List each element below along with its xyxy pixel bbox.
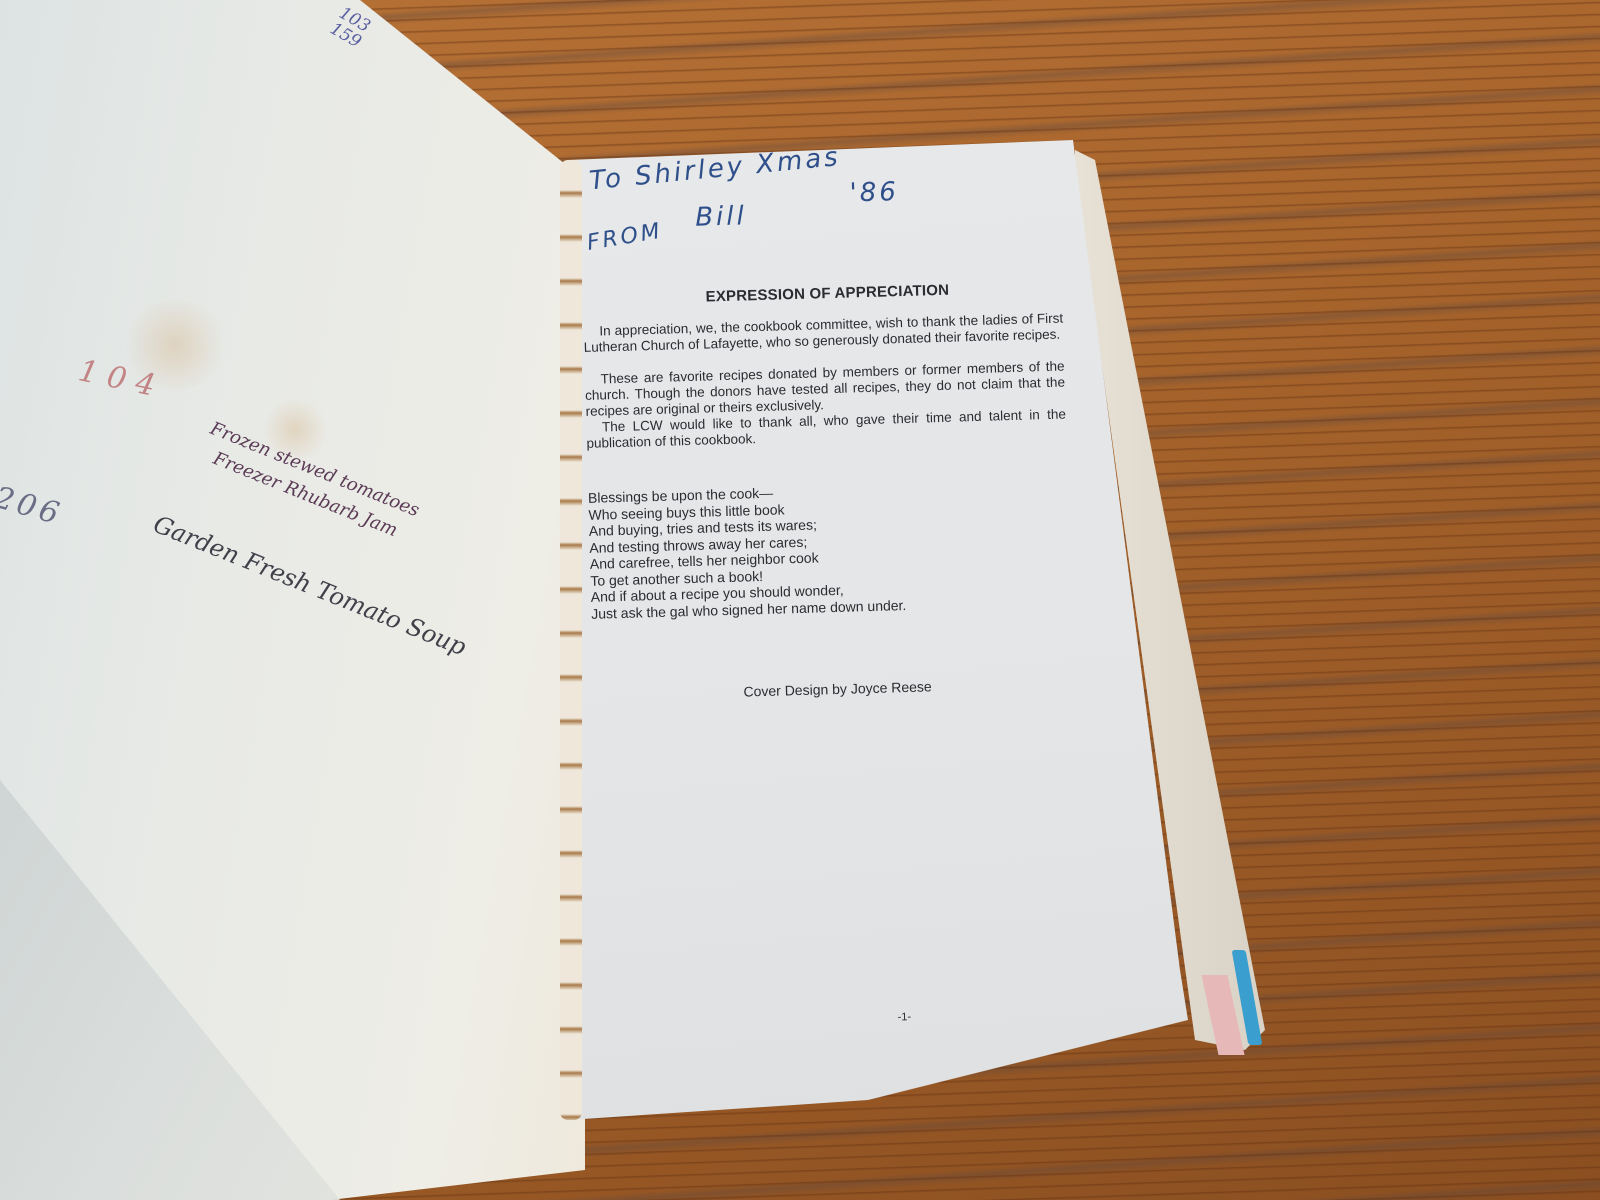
inscription-year: '86: [849, 177, 899, 208]
right-page-content: To Shirley Xmas '86 Bill FROM EXPRESSION…: [578, 126, 1068, 140]
handwritten-inscription: To Shirley Xmas '86 Bill FROM: [578, 126, 1068, 140]
poem: Blessings be upon the cook— Who seeing b…: [588, 481, 907, 622]
inscription-name: Bill: [695, 201, 747, 232]
spiral-binding: [560, 160, 582, 1120]
cookbook-photo: 103 159 104 Frozen stewed tomatoes Freez…: [0, 0, 1600, 1200]
page-number: -1-: [897, 1011, 911, 1023]
